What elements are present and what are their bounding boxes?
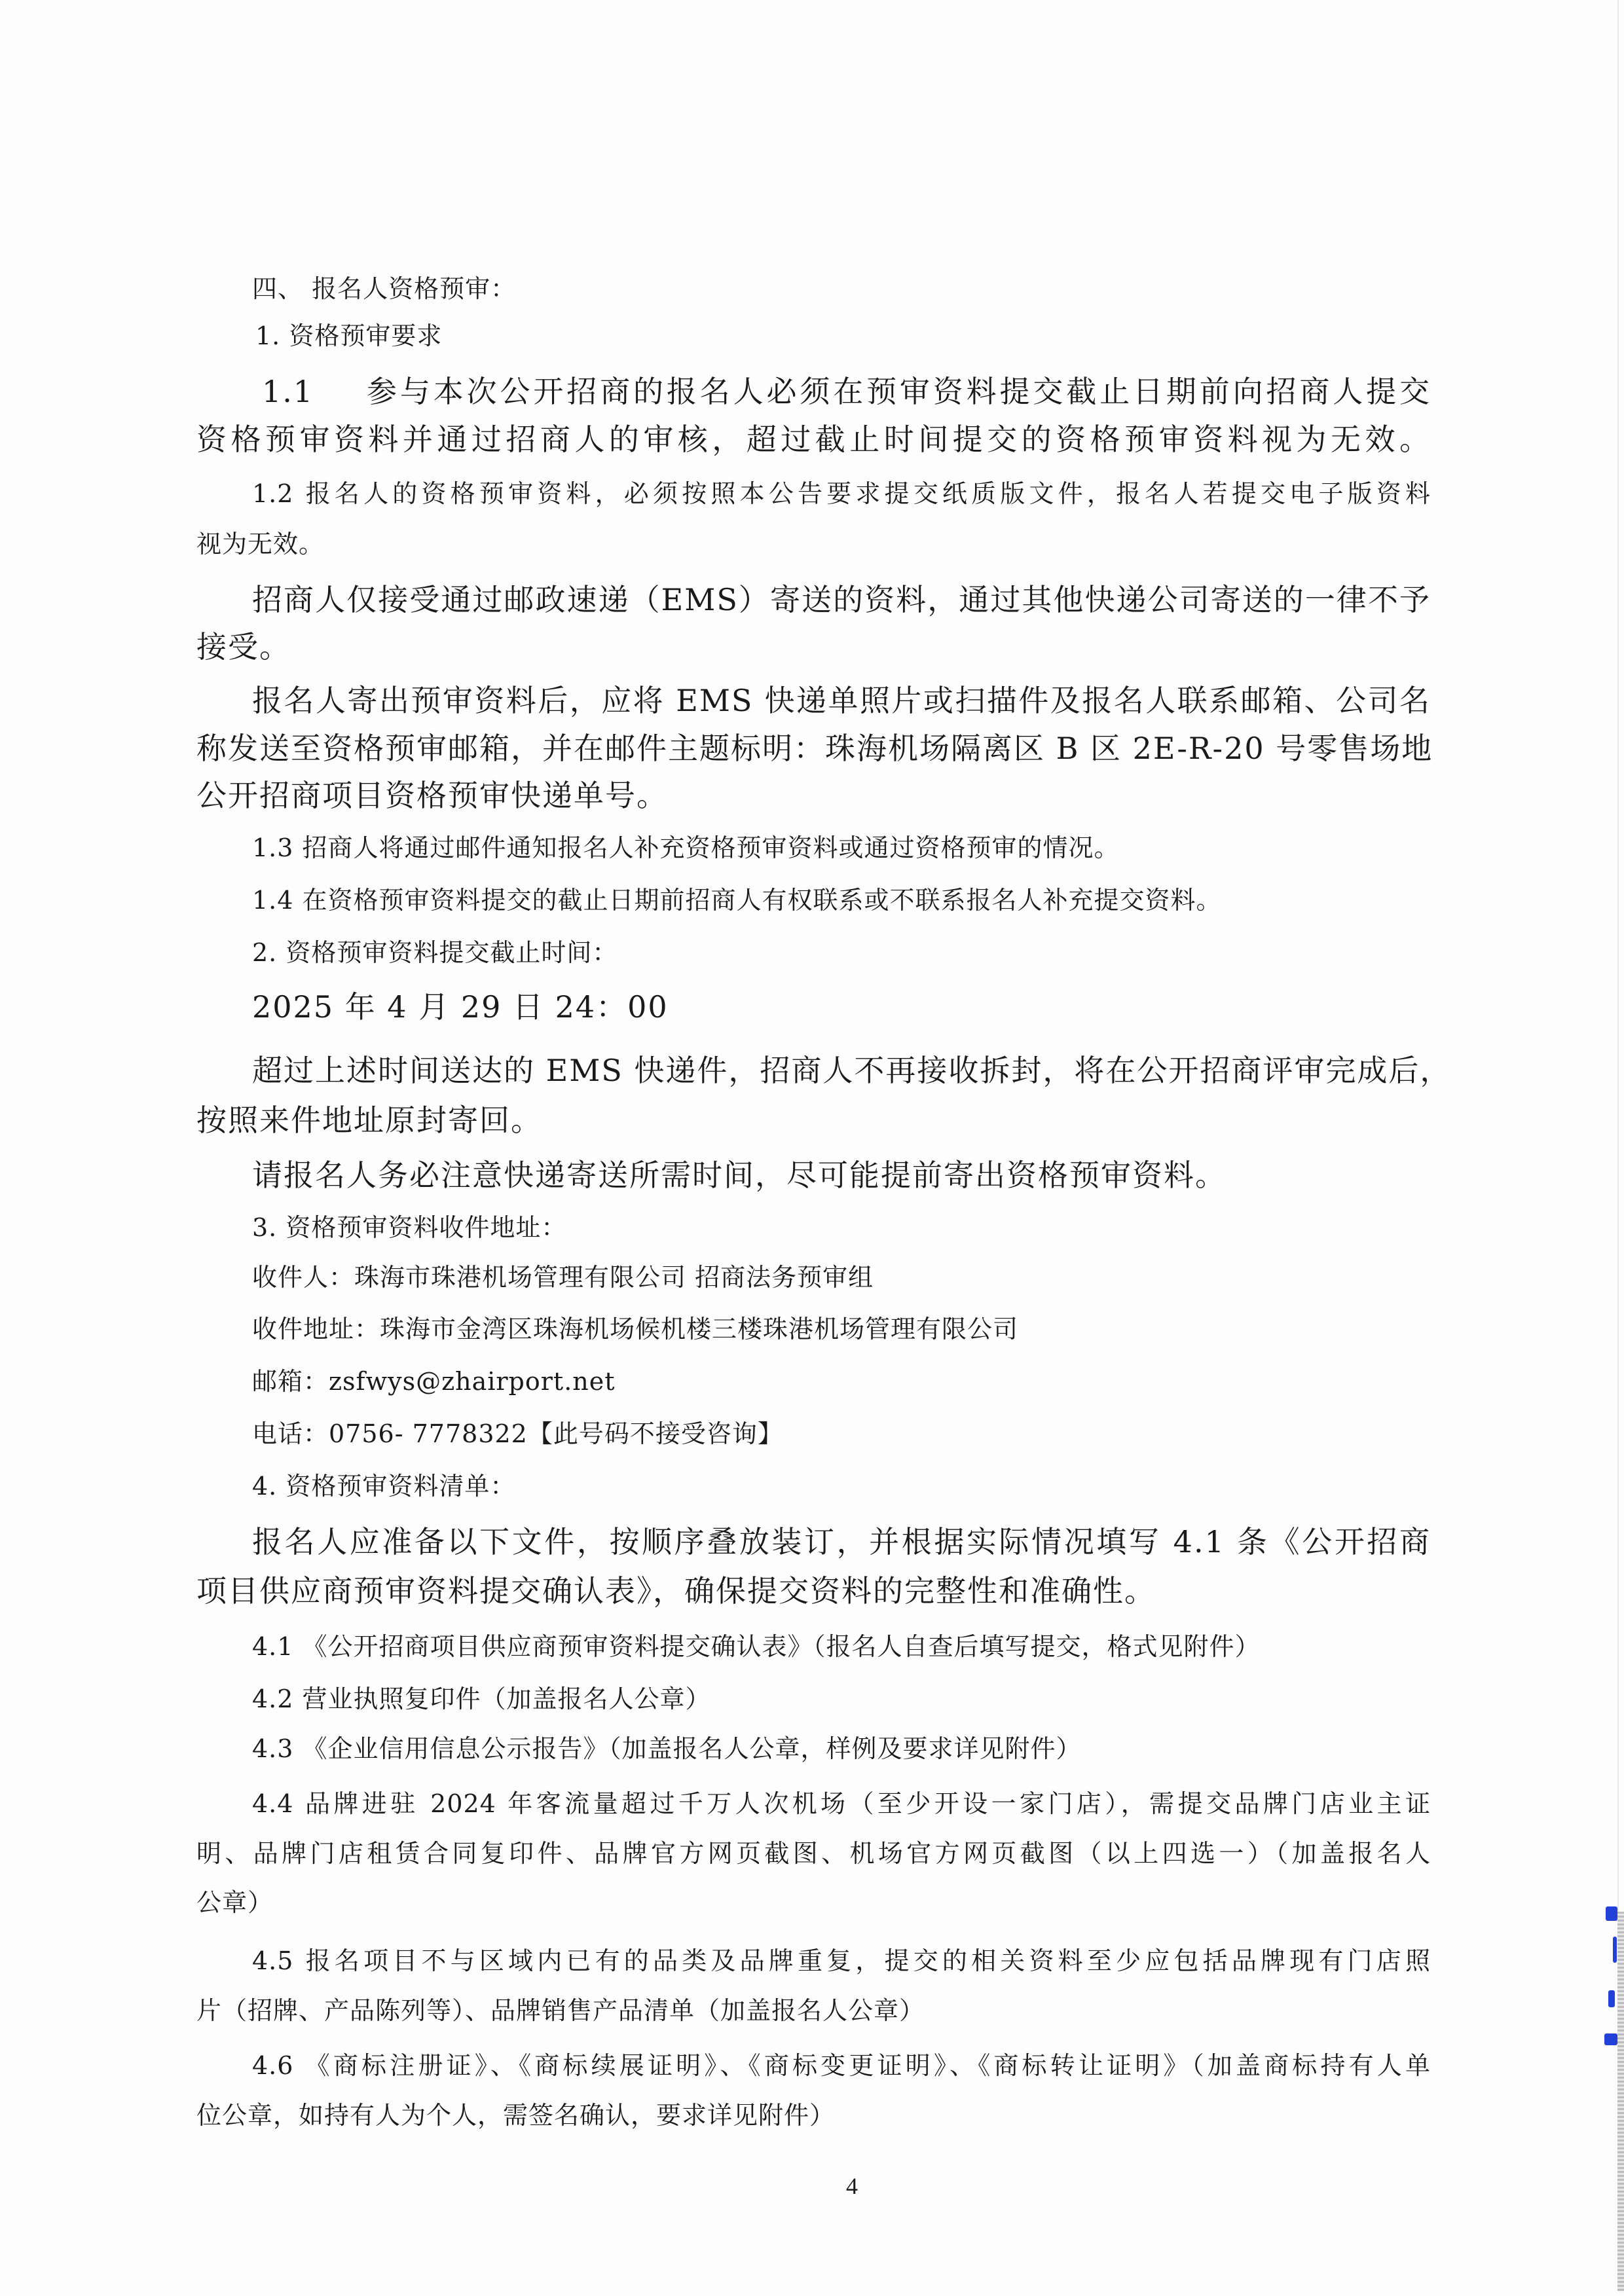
deadline-datetime: 2025 年 4 月 29 日 24：00 <box>252 992 669 1022</box>
clause-1-2-line1: 1.2 报名人的资格预审资料，必须按照本公告要求提交纸质版文件，报名人若提交电子… <box>252 481 1431 506</box>
list-item-4-4-line1: 4.4 品牌进驻 2024 年客流量超过千万人次机场（至少开设一家门店），需提交… <box>252 1791 1431 1816</box>
ems-paragraph-line2: 接受。 <box>196 632 291 662</box>
section-heading: 四、 报名人资格预审： <box>252 276 516 301</box>
clause-1-1-line2: 资格预审资料并通过招商人的审核，超过截止时间提交的资格预审资料视为无效。 <box>196 424 1431 454</box>
send-paragraph-line3: 公开招商项目资格预审快递单号。 <box>196 780 668 811</box>
contact-phone: 电话：0756- 7778322【此号码不接受咨询】 <box>252 1421 783 1446</box>
list-item-4-6-line1: 4.6 《商标注册证》、《商标续展证明》、《商标变更证明》、《商标转让证明》（加… <box>252 2053 1431 2078</box>
list-item-4-1: 4.1 《公开招商项目供应商预审资料提交确认表》（报名人自查后填写提交，格式见附… <box>252 1634 1261 1659</box>
preparation-line1: 报名人应准备以下文件，按顺序叠放装订，并根据实际情况填写 4.1 条《公开招商 <box>252 1527 1431 1557</box>
subsection-1-heading: 1. 资格预审要求 <box>255 323 442 348</box>
clause-1-2-line2: 视为无效。 <box>196 532 324 556</box>
document-page: 四、 报名人资格预审： 1. 资格预审要求 1.1 参与本次公开招商的报名人必须… <box>0 0 1624 2296</box>
late-delivery-line1: 超过上述时间送达的 EMS 快递件，招商人不再接收拆封，将在公开招商评审完成后， <box>252 1055 1431 1085</box>
preparation-line2: 项目供应商预审资料提交确认表》，确保提交资料的完整性和准确性。 <box>196 1576 1156 1606</box>
list-item-4-3: 4.3 《企业信用信息公示报告》（加盖报名人公章，样例及要求详见附件） <box>252 1736 1082 1761</box>
subsection-4-heading: 4. 资格预审资料清单： <box>252 1474 515 1499</box>
seal-stamp-fragment <box>1604 2033 1617 2045</box>
contact-email: 邮箱：zsfwys@zhairport.net <box>252 1369 616 1394</box>
clause-1-4: 1.4 在资格预审资料提交的截止日期前招商人有权联系或不联系报名人补充提交资料。 <box>252 888 1222 913</box>
recipient-address: 收件地址：珠海市金湾区珠海机场候机楼三楼珠港机场管理有限公司 <box>252 1317 1018 1341</box>
list-item-4-2: 4.2 营业执照复印件（加盖报名人公章） <box>252 1686 711 1711</box>
scan-edge-strip <box>1617 1912 1624 2291</box>
list-item-4-4-line3: 公章） <box>196 1890 273 1915</box>
shipping-notice: 请报名人务必注意快递寄送所需时间，尽可能提前寄出资格预审资料。 <box>252 1160 1227 1190</box>
subsection-3-heading: 3. 资格预审资料收件地址： <box>252 1215 566 1240</box>
list-item-4-4-line2: 明、品牌门店租赁合同复印件、品牌官方网页截图、机场官方网页截图（以上四选一）（加… <box>196 1841 1431 1866</box>
list-item-4-5-line1: 4.5 报名项目不与区域内已有的品类及品牌重复，提交的相关资料至少应包括品牌现有… <box>252 1948 1431 1973</box>
recipient-name: 收件人：珠海市珠港机场管理有限公司 招商法务预审组 <box>252 1265 874 1290</box>
ems-paragraph-line1: 招商人仅接受通过邮政速递（EMS）寄送的资料，通过其他快递公司寄送的一律不予 <box>252 585 1431 615</box>
send-paragraph-line1: 报名人寄出预审资料后，应将 EMS 快递单照片或扫描件及报名人联系邮箱、公司名 <box>252 685 1431 716</box>
seal-stamp-fragment <box>1608 1990 1615 2007</box>
clause-1-3: 1.3 招商人将通过邮件通知报名人补充资格预审资料或通过资格预审的情况。 <box>252 835 1120 860</box>
clause-1-1-number: 1.1 <box>262 376 314 407</box>
late-delivery-line2: 按照来件地址原封寄回。 <box>196 1105 542 1135</box>
clause-1-1-line1: 参与本次公开招商的报名人必须在预审资料提交截止日期前向招商人提交 <box>367 376 1431 407</box>
seal-stamp-fragment <box>1613 1937 1617 1963</box>
list-item-4-6-line2: 位公章，如持有人为个人，需签名确认，要求详见附件） <box>196 2103 835 2128</box>
subsection-2-heading: 2. 资格预审资料提交截止时间： <box>252 940 618 965</box>
list-item-4-5-line2: 片（招牌、产品陈列等）、品牌销售产品清单（加盖报名人公章） <box>196 1998 925 2023</box>
scan-edge-line <box>1617 0 1619 1912</box>
send-paragraph-line2: 称发送至资格预审邮箱，并在邮件主题标明：珠海机场隔离区 B 区 2E-R-20 … <box>196 733 1431 763</box>
seal-stamp-fragment <box>1606 1906 1617 1921</box>
page-number: 4 <box>846 2172 858 2200</box>
